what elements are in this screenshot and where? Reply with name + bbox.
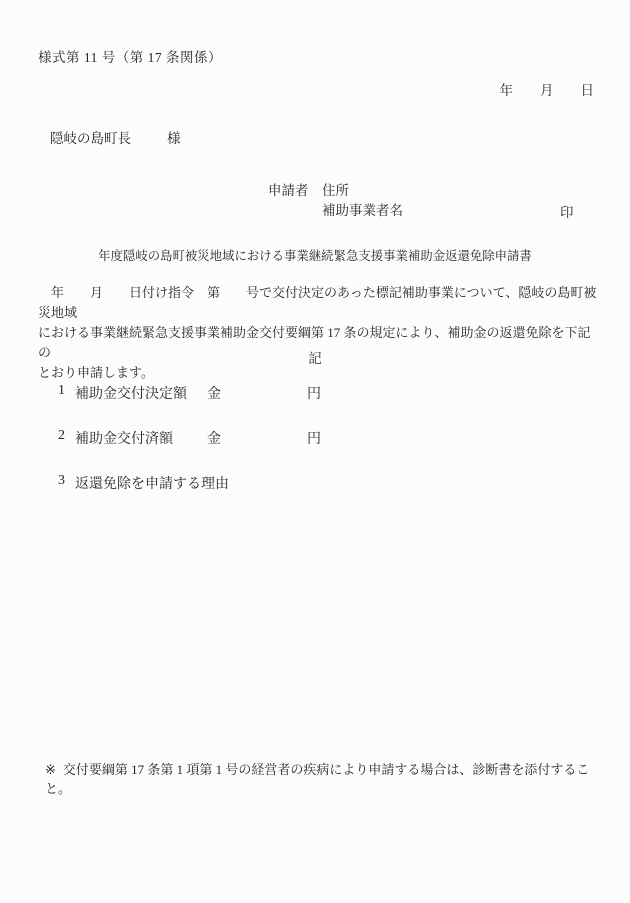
addressee-name: 隠岐の島町長 bbox=[50, 131, 131, 146]
item-number: 3 bbox=[58, 473, 65, 489]
currency-suffix: 円 bbox=[307, 428, 321, 448]
seal-mark: 印 bbox=[560, 201, 574, 221]
item-row-2: 2 補助金交付済額 金 円 bbox=[0, 428, 630, 446]
item-row-3: 3 返還免除を申請する理由 bbox=[0, 473, 630, 491]
applicant-address-row: 申請者住所 bbox=[268, 181, 403, 201]
body-line: 年 月 日付け指令 第 号で交付決定のあった標記補助事業について、隠岐の島町被災… bbox=[38, 283, 598, 323]
applicant-business-name-row: 補助事業者名 bbox=[268, 201, 403, 221]
item-number: 2 bbox=[58, 428, 65, 444]
item-label: 補助金交付済額 bbox=[75, 428, 173, 448]
applicant-business-name-label: 補助事業者名 bbox=[322, 203, 403, 218]
currency-prefix: 金 bbox=[207, 428, 221, 448]
body-paragraph: 年 月 日付け指令 第 号で交付決定のあった標記補助事業について、隠岐の島町被災… bbox=[38, 283, 598, 383]
currency-prefix: 金 bbox=[207, 383, 221, 403]
footnote: ※交付要綱第 17 条第 1 項第 1 号の経営者の疾病により申請する場合は、診… bbox=[45, 759, 605, 797]
applicant-address-label: 住所 bbox=[322, 183, 349, 198]
item-row-1: 1 補助金交付決定額 金 円 bbox=[0, 383, 630, 401]
item-number: 1 bbox=[58, 383, 65, 399]
applicant-label: 申請者 bbox=[268, 181, 322, 201]
footnote-mark: ※ bbox=[45, 762, 56, 777]
date-line: 年 月 日 bbox=[500, 79, 595, 99]
item-label: 補助金交付決定額 bbox=[75, 383, 187, 403]
applicant-block: 申請者住所 補助事業者名 bbox=[268, 181, 403, 221]
currency-suffix: 円 bbox=[307, 383, 321, 403]
footnote-text: 交付要綱第 17 条第 1 項第 1 号の経営者の疾病により申請する場合は、診断… bbox=[45, 762, 589, 796]
addressee-honorific: 様 bbox=[167, 131, 181, 146]
document-page: 様式第 11 号（第 17 条関係） 年 月 日 隠岐の島町長様 申請者住所 補… bbox=[0, 0, 630, 903]
form-number: 様式第 11 号（第 17 条関係） bbox=[38, 46, 222, 66]
item-label: 返還免除を申請する理由 bbox=[75, 473, 229, 493]
document-title: 年度隠岐の島町被災地域における事業継続緊急支援事業補助金返還免除申請書 bbox=[0, 246, 630, 264]
ki-marker: 記 bbox=[0, 347, 630, 367]
addressee: 隠岐の島町長様 bbox=[50, 127, 181, 147]
